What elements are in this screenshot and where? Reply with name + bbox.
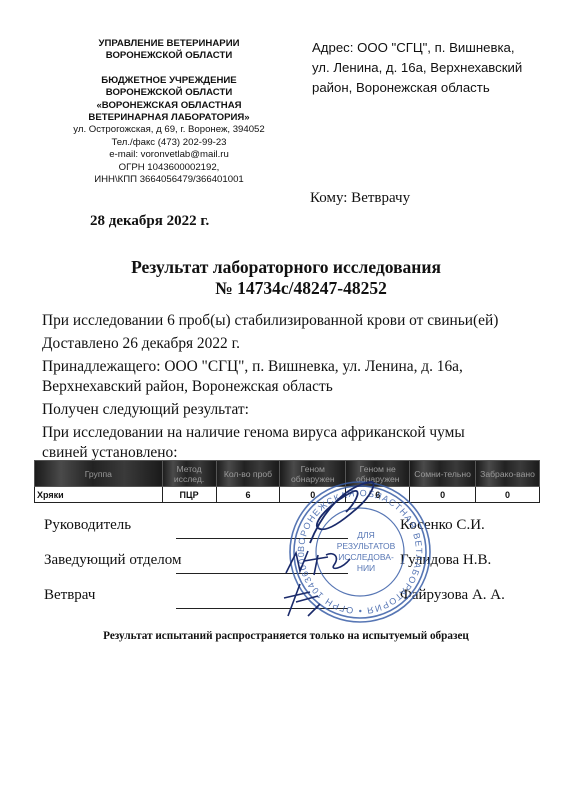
delivered-text: Доставлено 26 декабря 2022 г. [42,334,562,354]
org-line: УПРАВЛЕНИЕ ВЕТЕРИНАРИИ [64,38,274,50]
signer-name: Косенко С.И. [400,517,485,534]
column-header: Геном не обнаружен [346,461,410,487]
organization-header: УПРАВЛЕНИЕ ВЕТЕРИНАРИИ ВОРОНЕЖСКОЙ ОБЛАС… [64,38,274,186]
signature-row: Руководитель Косенко С.И. [44,515,544,550]
signature-block: Руководитель Косенко С.И. Заведующий отд… [44,515,544,620]
cell-detected: 0 [280,487,346,503]
recipient-address: Адрес: ООО "СГЦ", п. Вишневка, ул. Ленин… [312,38,552,98]
footer-note: Результат испытаний распространяется тол… [0,630,572,642]
org-line: ВОРОНЕЖСКОЙ ОБЛАСТИ [64,50,274,62]
document-title: Результат лабораторного исследования № 1… [0,257,572,299]
recipient: Кому: Ветврачу [310,190,410,207]
column-header: Забрако-вано [476,461,540,487]
cell-method: ПЦР [162,487,216,503]
signature-row: Ветврач Файрузова А. А. [44,585,544,620]
org-address: ул. Острогожская, д 69, г. Воронеж, 3940… [64,124,274,136]
cell-count: 6 [216,487,280,503]
org-line: ВОРОНЕЖСКОЙ ОБЛАСТИ [64,87,274,99]
signer-role: Ветврач [44,587,95,604]
address-line: ул. Ленина, д. 16а, Верхнехавский [312,58,552,78]
document-date: 28 декабря 2022 г. [90,213,209,230]
signer-name: Файрузова А. А. [400,587,505,604]
results-table: Группа Метод исслед. Кол-во проб Геном о… [34,460,540,503]
signer-role: Заведующий отделом [44,552,181,569]
org-phone: Тел./факс (473) 202-99-23 [64,137,274,149]
signature-line [176,538,348,539]
address-line: Адрес: ООО "СГЦ", п. Вишневка, [312,38,552,58]
owner-text: Верхнехавский район, Воронежская область [42,377,562,397]
table-header-row: Группа Метод исслед. Кол-во проб Геном о… [35,461,540,487]
org-email: e-mail: voronvetlab@mail.ru [64,149,274,161]
column-header: Геном обнаружен [280,461,346,487]
signer-name: Гулидова Н.В. [400,552,491,569]
title-line: Результат лабораторного исследования [0,257,572,278]
table-row: Хряки ПЦР 6 0 6 0 0 [35,487,540,503]
cell-rejected: 0 [476,487,540,503]
document-body: При исследовании 6 проб(ы) стабилизирова… [42,311,562,463]
document-number: № 14734с/48247-48252 [0,278,572,299]
org-ogrn: ОГРН 1043600002192, [64,162,274,174]
column-header: Сомни-тельно [410,461,476,487]
org-inn: ИНН\КПП 3664056479/366401001 [64,174,274,186]
cell-not-detected: 6 [346,487,410,503]
samples-text: При исследовании 6 проб(ы) стабилизирова… [42,311,562,331]
org-line: ВЕТЕРИНАРНАЯ ЛАБОРАТОРИЯ» [64,112,274,124]
cell-group: Хряки [35,487,163,503]
finding-text: При исследовании на наличие генома вирус… [42,423,562,443]
result-intro: Получен следующий результат: [42,400,562,420]
org-line: «ВОРОНЕЖСКАЯ ОБЛАСТНАЯ [64,100,274,112]
signature-line [176,573,348,574]
owner-text: Принадлежащего: ООО "СГЦ", п. Вишневка, … [42,357,562,377]
signer-role: Руководитель [44,517,131,534]
column-header: Метод исслед. [162,461,216,487]
address-line: район, Воронежская область [312,78,552,98]
column-header: Группа [35,461,163,487]
org-line: БЮДЖЕТНОЕ УЧРЕЖДЕНИЕ [64,75,274,87]
column-header: Кол-во проб [216,461,280,487]
signature-line [176,608,348,609]
signature-row: Заведующий отделом Гулидова Н.В. [44,550,544,585]
cell-doubtful: 0 [410,487,476,503]
